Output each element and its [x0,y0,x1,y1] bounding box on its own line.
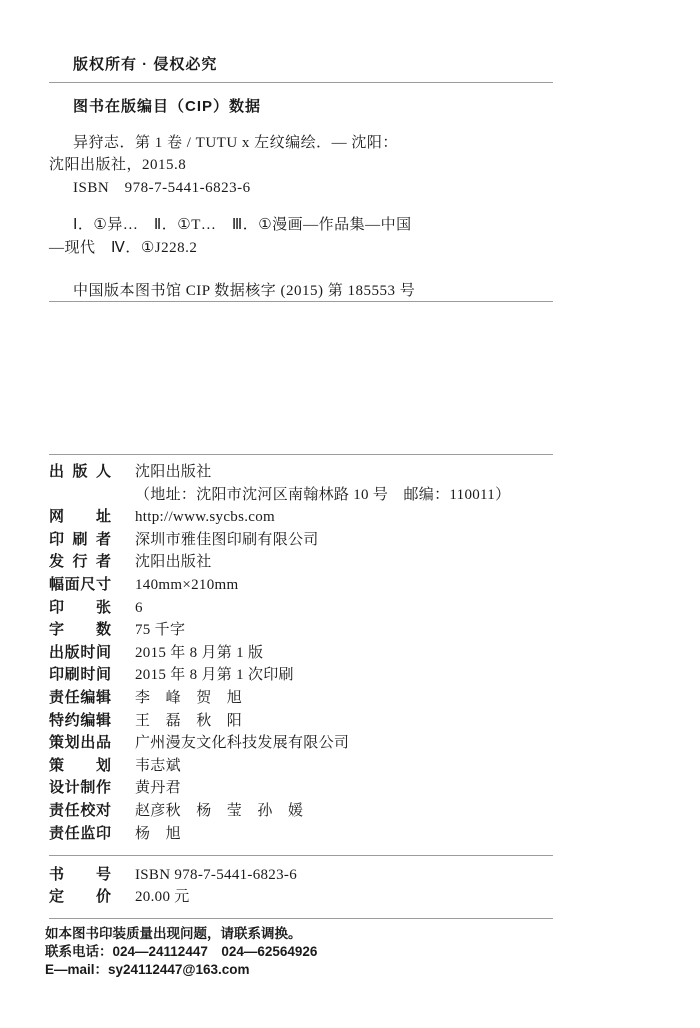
info-row-value: 75 千字 [135,619,185,642]
publication-info-row: 印刷者 深圳市雅佳图印刷有限公司 [49,529,609,552]
copyright-page: 版权所有 · 侵权必究 图书在版编目（CIP）数据 异狩志．第 1 卷 / TU… [0,0,700,1028]
info-row-label: 字数 [49,619,111,642]
info-row-label: 印刷时间 [49,664,111,687]
divider-top [49,82,553,83]
cip-book-title-line: 异狩志．第 1 卷 / TUTU x 左纹编绘．— 沈阳： [73,131,398,152]
publication-info-row: 设计制作 黄丹君 [49,777,609,800]
info-row-label: 特约编辑 [49,710,111,733]
info-row-label: 发行者 [49,551,111,574]
book-meta-list: 书号 ISBN 978-7-5441-6823-6 定价 20.00 元 [49,864,609,909]
info-row-label: 网址 [49,506,111,529]
info-row-value: 黄丹君 [135,777,181,800]
book-meta-row: 书号 ISBN 978-7-5441-6823-6 [49,864,609,886]
divider-cip-bottom [49,301,553,302]
meta-row-label: 书号 [49,864,111,886]
info-row-value: 广州漫友文化科技发展有限公司 [135,732,349,755]
publication-info-list: 出版人 沈阳出版社 （地址：沈阳市沈河区南翰林路 10 号 邮编：110011）… [49,461,609,845]
info-row-value: 140mm×210mm [135,574,238,597]
info-row-value: 6 [135,597,143,620]
contact-phone: 联系电话：024—24112447 024—62564926 [45,943,317,961]
publication-info-row: 发行者 沈阳出版社 [49,551,609,574]
publication-info-row: 策划出品 广州漫友文化科技发展有限公司 [49,732,609,755]
info-row-label: 策划 [49,755,111,778]
cip-record-number-line: 中国版本图书馆 CIP 数据核字 (2015) 第 185553 号 [73,279,415,300]
info-row-label: 设计制作 [49,777,111,800]
info-row-label: 责任编辑 [49,687,111,710]
cip-publisher-line: 沈阳出版社，2015.8 [49,153,186,174]
info-row-value: 沈阳出版社 [135,551,212,574]
publication-info-row: 责任监印 杨 旭 [49,823,609,846]
cip-isbn-line: ISBN 978-7-5441-6823-6 [73,176,251,197]
info-row-value: 2015 年 8 月第 1 版 [135,642,263,665]
publication-info-row: 责任编辑 李 峰 贺 旭 [49,687,609,710]
info-row-value: http://www.sycbs.com [135,506,275,529]
info-row-value: 杨 旭 [135,823,181,846]
info-row-label: 责任监印 [49,823,111,846]
info-row-label: 印张 [49,597,111,620]
publication-info-row: 网址 http://www.sycbs.com [49,506,609,529]
meta-row-value: 20.00 元 [135,886,190,908]
copyright-notice: 版权所有 · 侵权必究 [73,53,217,74]
publication-info-row: 印刷时间 2015 年 8 月第 1 次印刷 [49,664,609,687]
info-row-value: 沈阳出版社 [135,461,212,484]
publication-info-row: 策划 韦志斌 [49,755,609,778]
info-row-value: 王 磊 秋 阳 [135,710,242,733]
contact-footer: 如本图书印装质量出现问题，请联系调换。 联系电话：024—24112447 02… [45,925,317,978]
quality-notice: 如本图书印装质量出现问题，请联系调换。 [45,925,317,943]
info-row-label: 出版人 [49,461,111,484]
divider-info-top [49,454,553,455]
publication-info-row: 幅面尺寸 140mm×210mm [49,574,609,597]
divider-meta-top [49,855,553,856]
info-row-label: 责任校对 [49,800,111,823]
cip-classification-line-1: Ⅰ．①异… Ⅱ．①T… Ⅲ．①漫画—作品集—中国 [73,213,412,234]
info-row-label: 出版时间 [49,642,111,665]
contact-email: E—mail：sy24112447@163.com [45,961,317,979]
publication-info-row: 字数 75 千字 [49,619,609,642]
publication-info-row: 出版时间 2015 年 8 月第 1 版 [49,642,609,665]
info-row-value: （地址：沈阳市沈河区南翰林路 10 号 邮编：110011） [135,484,510,507]
cip-title: 图书在版编目（CIP）数据 [73,95,261,116]
info-row-value: 李 峰 贺 旭 [135,687,242,710]
publication-info-row: 出版人 沈阳出版社 [49,461,609,484]
book-meta-row: 定价 20.00 元 [49,886,609,908]
info-row-label: 策划出品 [49,732,111,755]
info-row-value: 韦志斌 [135,755,181,778]
info-row-value: 2015 年 8 月第 1 次印刷 [135,664,294,687]
meta-row-value: ISBN 978-7-5441-6823-6 [135,864,297,886]
meta-row-label: 定价 [49,886,111,908]
cip-classification-line-2: —现代 Ⅳ．①J228.2 [49,236,197,257]
publication-info-row: 责任校对 赵彦秋 杨 莹 孙 媛 [49,800,609,823]
info-row-value: 深圳市雅佳图印刷有限公司 [135,529,319,552]
info-row-value: 赵彦秋 杨 莹 孙 媛 [135,800,303,823]
divider-footer-top [49,918,553,919]
info-row-label: 印刷者 [49,529,111,552]
publication-info-row: （地址：沈阳市沈河区南翰林路 10 号 邮编：110011） [49,484,609,507]
publication-info-row: 印张 6 [49,597,609,620]
info-row-label: 幅面尺寸 [49,574,111,597]
publication-info-row: 特约编辑 王 磊 秋 阳 [49,710,609,733]
